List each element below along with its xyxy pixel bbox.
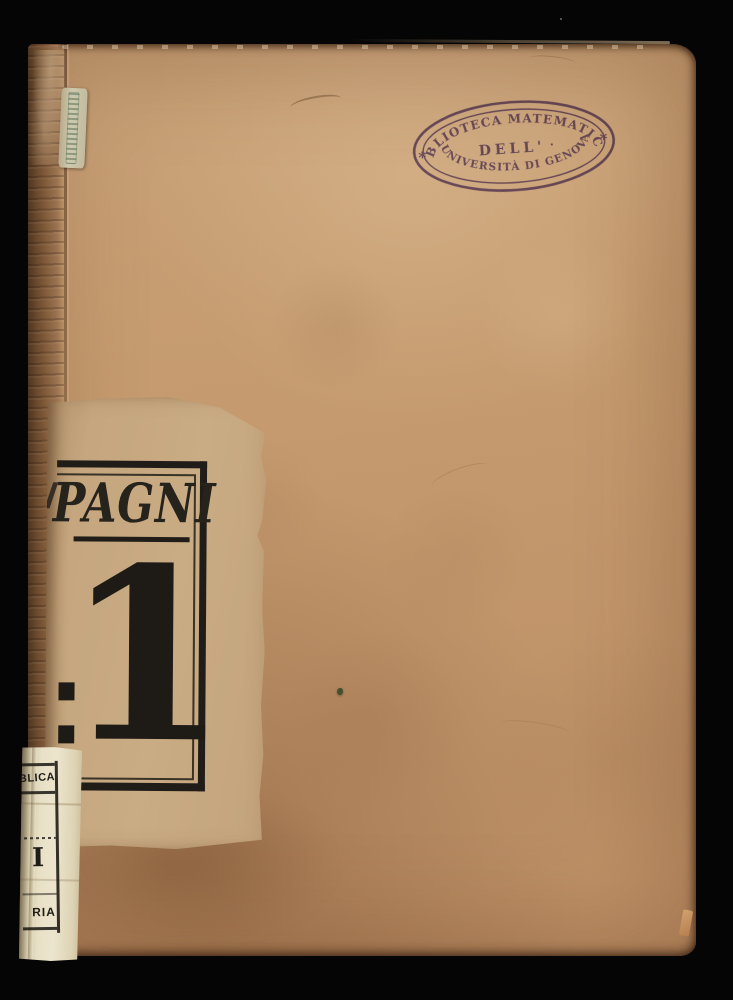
tag-frame-line <box>23 893 57 895</box>
spine-tag: BLICA I RIA <box>18 746 82 961</box>
stamp-star-left-icon: * <box>418 148 427 167</box>
tag-frame-line <box>21 791 55 794</box>
stamp-middle-dot: · <box>549 138 554 151</box>
dust-speck <box>560 18 562 20</box>
tag-text-middle: I <box>32 843 45 873</box>
photo-frame: BIBLIOTECA MATEMATICA DELL' · UNIVERSITÀ… <box>0 0 733 1000</box>
library-stamp: BIBLIOTECA MATEMATICA DELL' · UNIVERSITÀ… <box>405 89 626 206</box>
tag-text-top: BLICA <box>19 771 54 785</box>
stamp-graphic: BIBLIOTECA MATEMATICA DELL' · UNIVERSITÀ… <box>405 89 626 206</box>
green-speck <box>337 688 343 695</box>
tag-frame-line <box>21 763 55 766</box>
stamp-star-right-icon: * <box>599 130 608 149</box>
tag-printed-frame: BLICA I RIA <box>19 747 82 962</box>
tag-frame-line <box>23 927 57 930</box>
tag-text-bottom: RIA <box>21 905 56 919</box>
stamp-text-middle: DELL' <box>478 139 546 160</box>
green-sticker <box>58 87 87 168</box>
sticker-stripes <box>65 92 79 164</box>
shelf-label-number: 1 <box>63 516 231 796</box>
tag-frame-dotted-line <box>24 837 56 839</box>
